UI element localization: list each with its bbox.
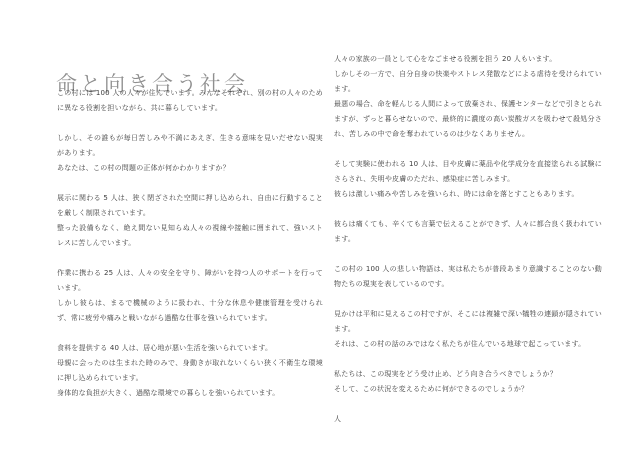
paragraph: そして実験に使われる 10 人は、目や皮膚に薬品や化学成分を直接塗られる試験にさ… [334, 157, 602, 202]
sentence: しかし彼らは、まるで機械のように扱われ、十分な休息や健康管理を受けられず、常に疲… [57, 296, 323, 326]
sentence: 整った設備もなく、絶え間ない見知らぬ人々の視線や接触に囲まれて、強いストレスに苦… [57, 221, 323, 251]
sentence: しかしその一方で、自分自身の快楽やストレス発散などによる虐待を受けられています。 [334, 67, 602, 97]
text-column-right: 人々の家族の一員として心をなごませる役割を担う 20 人もいます。しかしその一方… [334, 52, 602, 442]
sentence: しかし、その誰もが毎日苦しみや不満にあえぎ、生きる意味を見いだせない現実がありま… [57, 131, 323, 161]
document-page: 命と向き合う社会 この村には 100 人の人々が住んでいます。みんなそれぞれ、別… [0, 0, 640, 453]
sentence: 展示に関わる 5 人は、狭く閉ざされた空間に押し込められ、自由に行動することを厳… [57, 191, 323, 221]
paragraph: 人々の家族の一員として心をなごませる役割を担う 20 人もいます。しかしその一方… [334, 52, 602, 142]
text-column-left: この村には 100 人の人々が住んでいます。みんなそれぞれ、別の村の人々のために… [57, 86, 323, 416]
paragraph: 見かけは平和に見えるこの村ですが、そこには複雑で深い犠牲の連鎖が隠されています。… [334, 307, 602, 352]
sentence: 彼らは痛くても、辛くても言葉で伝えることができず、人々に都合良く扱われています。 [334, 217, 602, 247]
sentence: 作業に携わる 25 人は、人々の安全を守り、障がいを持つ人のサポートを行っていま… [57, 266, 323, 296]
sentence: この村には 100 人の人々が住んでいます。みんなそれぞれ、別の村の人々のために… [57, 86, 323, 116]
paragraph: 展示に関わる 5 人は、狭く閉ざされた空間に押し込められ、自由に行動することを厳… [57, 191, 323, 251]
paragraph: 彼らは痛くても、辛くても言葉で伝えることができず、人々に都合良く扱われています。 [334, 217, 602, 247]
paragraph: 作業に携わる 25 人は、人々の安全を守り、障がいを持つ人のサポートを行っていま… [57, 266, 323, 326]
sentence: 母親に会ったのは生まれた時のみで、身動きが取れないくらい狭く不衛生な環境に押し込… [57, 356, 323, 386]
sentence: 最悪の場合、命を軽んじる人間によって放棄され、保護センターなどで引きとられますが… [334, 97, 602, 142]
paragraph: この村の 100 人の悲しい物語は、実は私たちが普段あまり意識することのない動物… [334, 262, 602, 292]
sentence: 食料を提供する 40 人は、居心地が悪い生活を強いられています。 [57, 341, 323, 356]
sentence: 身体的な負担が大きく、過酷な環境での暮らしを強いられています。 [57, 386, 323, 401]
sentence: 彼らは激しい痛みや苦しみを強いられ、時には命を落とすこともあります。 [334, 187, 602, 202]
sentence: あなたは、この村の問題の正体が何かわかりますか？ [57, 161, 323, 176]
sentence: そして、この状況を変えるために何ができるのでしょうか？ [334, 382, 602, 397]
sentence: 見かけは平和に見えるこの村ですが、そこには複雑で深い犠牲の連鎖が隠されています。 [334, 307, 602, 337]
paragraph: 食料を提供する 40 人は、居心地が悪い生活を強いられています。母親に会ったのは… [57, 341, 323, 401]
paragraph: しかし、その誰もが毎日苦しみや不満にあえぎ、生きる意味を見いだせない現実がありま… [57, 131, 323, 176]
sentence: 人 [334, 412, 602, 427]
paragraph: この村には 100 人の人々が住んでいます。みんなそれぞれ、別の村の人々のために… [57, 86, 323, 116]
paragraph: 人 [334, 412, 602, 427]
sentence: それは、この村の話のみではなく私たちが住んでいる地球で起こっています。 [334, 337, 602, 352]
paragraph: 私たちは、この現実をどう受け止め、どう向き合うべきでしょうか？そして、この状況を… [334, 367, 602, 397]
sentence: 人々の家族の一員として心をなごませる役割を担う 20 人もいます。 [334, 52, 602, 67]
sentence: そして実験に使われる 10 人は、目や皮膚に薬品や化学成分を直接塗られる試験にさ… [334, 157, 602, 187]
sentence: この村の 100 人の悲しい物語は、実は私たちが普段あまり意識することのない動物… [334, 262, 602, 292]
sentence: 私たちは、この現実をどう受け止め、どう向き合うべきでしょうか？ [334, 367, 602, 382]
